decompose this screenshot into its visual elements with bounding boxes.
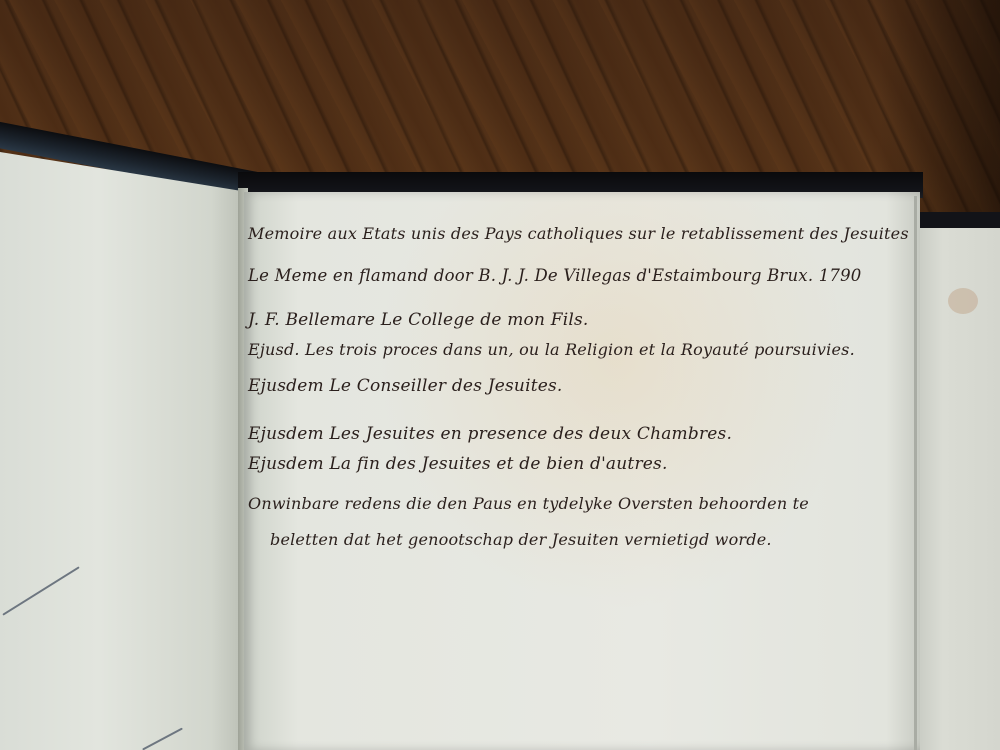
page-edge <box>914 196 917 750</box>
manuscript-line-1: Memoire aux Etats unis des Pays catholiq… <box>248 224 909 243</box>
manuscript-line-5: Ejusdem Le Conseiller des Jesuites. <box>248 376 563 396</box>
manuscript-line-2: Le Meme en flamand door B. J. J. De Vill… <box>248 266 862 285</box>
manuscript-line-7: Ejusdem La fin des Jesuites et de bien d… <box>248 454 668 474</box>
underlying-page-right <box>918 228 1000 750</box>
manuscript-line-4: Ejusd. Les trois proces dans un, ou la R… <box>248 340 855 359</box>
manuscript-line-3: J. F. Bellemare Le College de mon Fils. <box>248 310 589 330</box>
manuscript-line-8: Onwinbare redens die den Paus en tydelyk… <box>248 494 809 513</box>
manuscript-line-9: beletten dat het genootschap der Jesuite… <box>270 530 772 549</box>
stain <box>948 288 978 314</box>
left-page <box>0 152 248 750</box>
manuscript-line-6: Ejusdem Les Jesuites en presence des deu… <box>248 424 732 444</box>
